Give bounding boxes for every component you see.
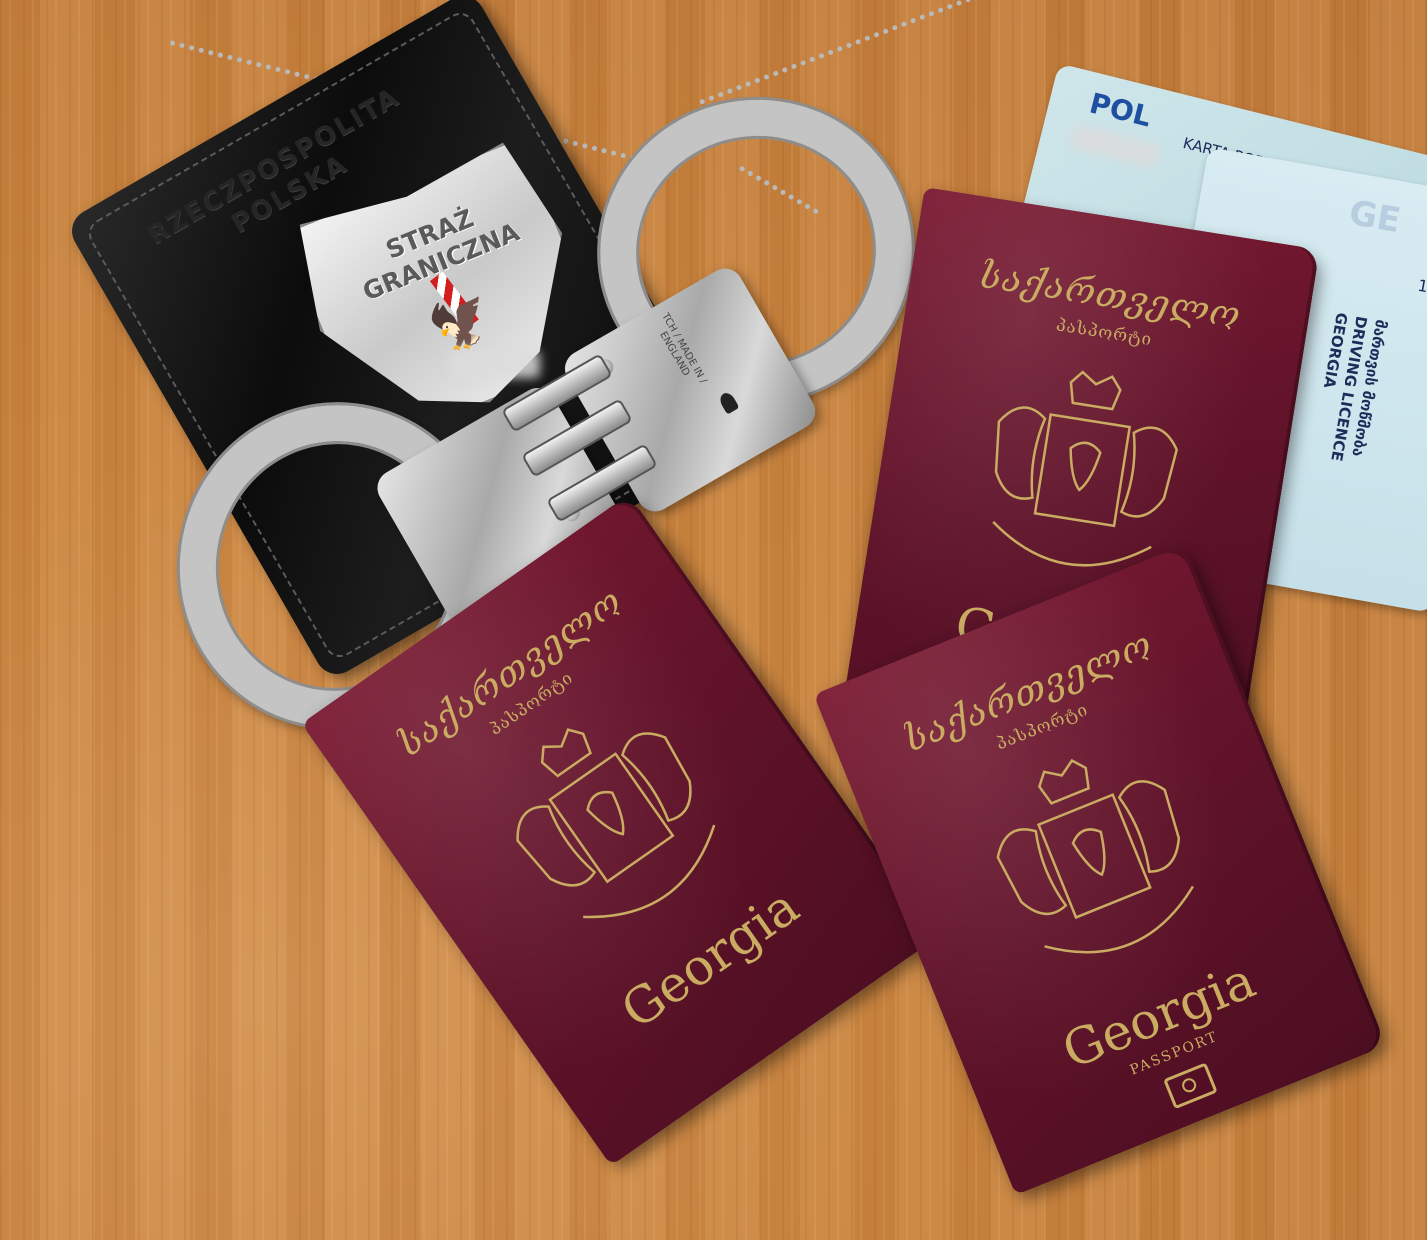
- redacted-name: [1069, 124, 1162, 169]
- redacted-badge-number: [450, 350, 540, 378]
- licence-labels: მართვის მოწმობა DRIVING LICENCE GEORGIA: [1307, 311, 1392, 466]
- keyhole-icon: [717, 390, 739, 414]
- biometric-chip-icon: [1163, 1062, 1218, 1109]
